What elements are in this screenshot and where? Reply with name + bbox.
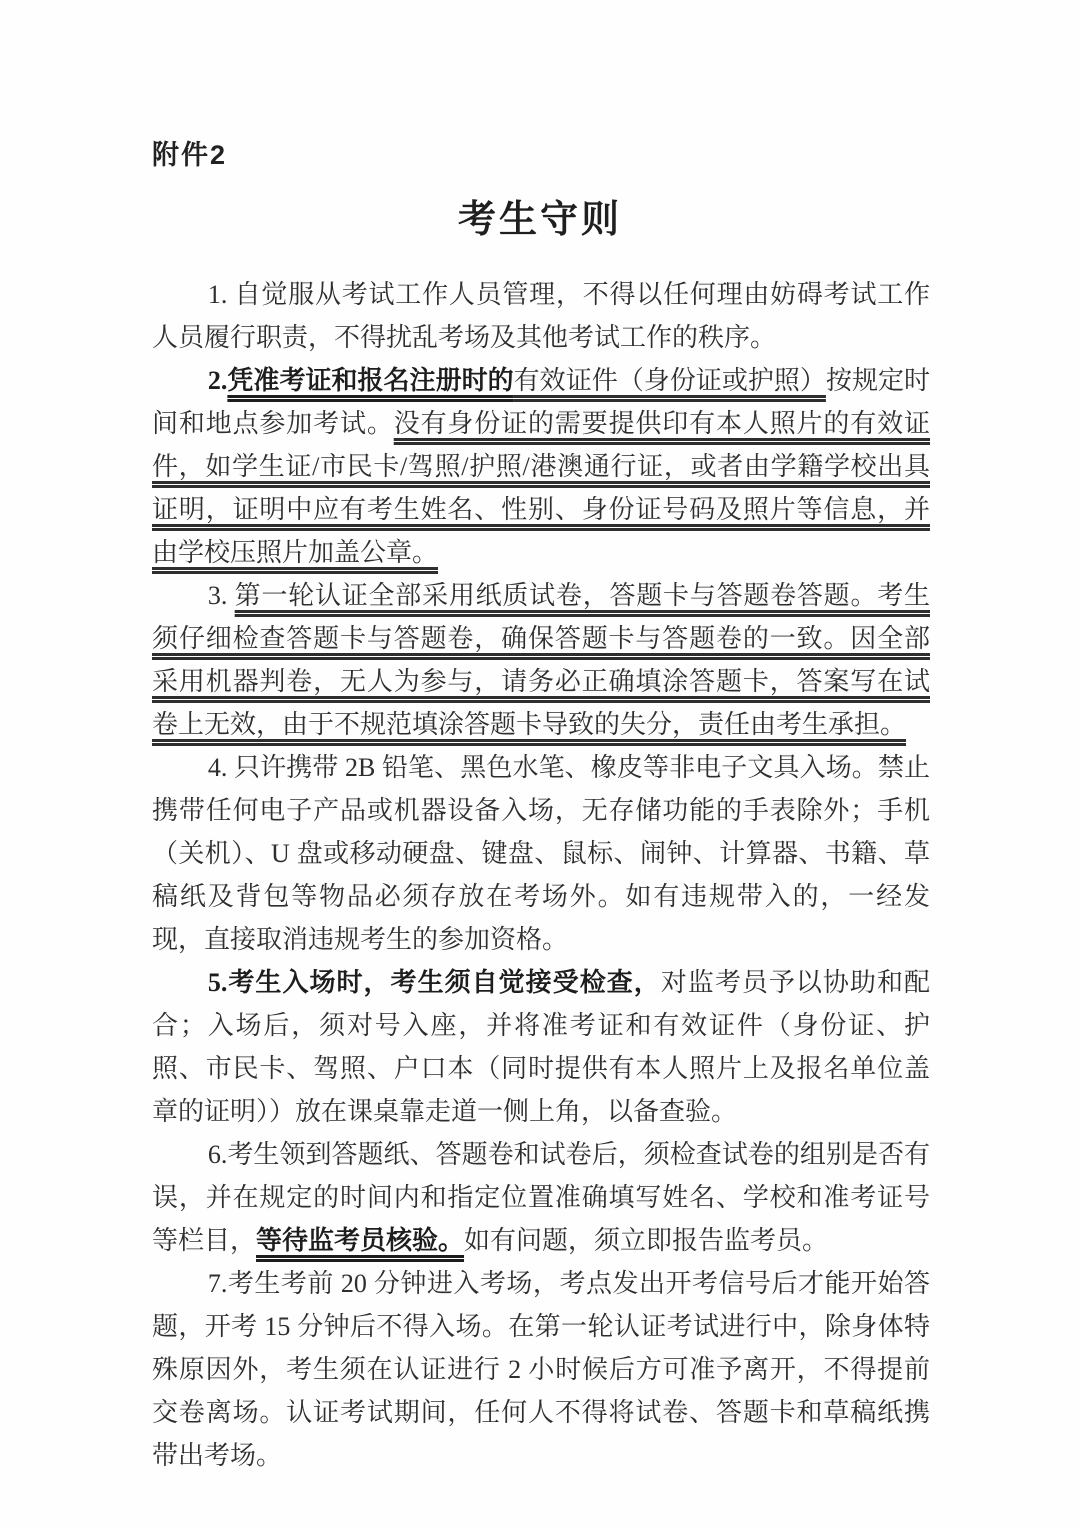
text-run: 如有问题，须立即报告监考员。 [464,1226,828,1255]
paragraph: 4. 只许携带 2B 铅笔、黑色水笔、橡皮等非电子文具入场。禁止携带任何电子产品… [152,746,930,961]
paragraph: 6.考生领到答题纸、答题卷和试卷后，须检查试卷的组别是否有误，并在规定的时间内和… [152,1133,930,1262]
document-body: 1. 自觉服从考试工作人员管理，不得以任何理由妨碍考试工作人员履行职责，不得扰乱… [152,273,930,1477]
text-run: 5.考生入场时，考生须自觉接受检查， [208,968,661,997]
text-run: 3. [208,581,235,610]
text-run: 凭准考证和报名注册时的 [227,366,513,395]
paragraph: 3. 第一轮认证全部采用纸质试卷，答题卡与答题卷答题。考生须仔细检查答题卡与答题… [152,574,930,746]
text-run: 有效证件（身份证或护照） [514,366,826,395]
document-title: 考生守则 [0,188,1080,243]
paragraph: 1. 自觉服从考试工作人员管理，不得以任何理由妨碍考试工作人员履行职责，不得扰乱… [152,273,930,359]
paragraph: 5.考生入场时，考生须自觉接受检查，对监考员予以协助和配合；入场后，须对号入座，… [152,961,930,1133]
text-run: 2. [208,366,228,395]
text-run: 4. 只许携带 2B 铅笔、黑色水笔、橡皮等非电子文具入场。禁止携带任何电子产品… [152,753,930,954]
document-page: 附件2 考生守则 1. 自觉服从考试工作人员管理，不得以任何理由妨碍考试工作人员… [0,0,1080,1527]
text-run: 7.考生考前 20 分钟进入考场，考点发出开考信号后才能开始答题，开考 15 分… [152,1269,930,1470]
text-run: 第一轮认证全部采用纸质试卷，答题卡与答题卷答题。考生须仔细检查答题卡与答题卷，确… [152,581,930,739]
attachment-label: 附件2 [152,133,227,172]
text-run: 1. 自觉服从考试工作人员管理，不得以任何理由妨碍考试工作人员履行职责，不得扰乱… [152,280,930,352]
text-run: 等待监考员核验。 [256,1226,464,1255]
paragraph: 7.考生考前 20 分钟进入考场，考点发出开考信号后才能开始答题，开考 15 分… [152,1262,930,1477]
paragraph: 2.凭准考证和报名注册时的有效证件（身份证或护照）按规定时间和地点参加考试。没有… [152,359,930,574]
